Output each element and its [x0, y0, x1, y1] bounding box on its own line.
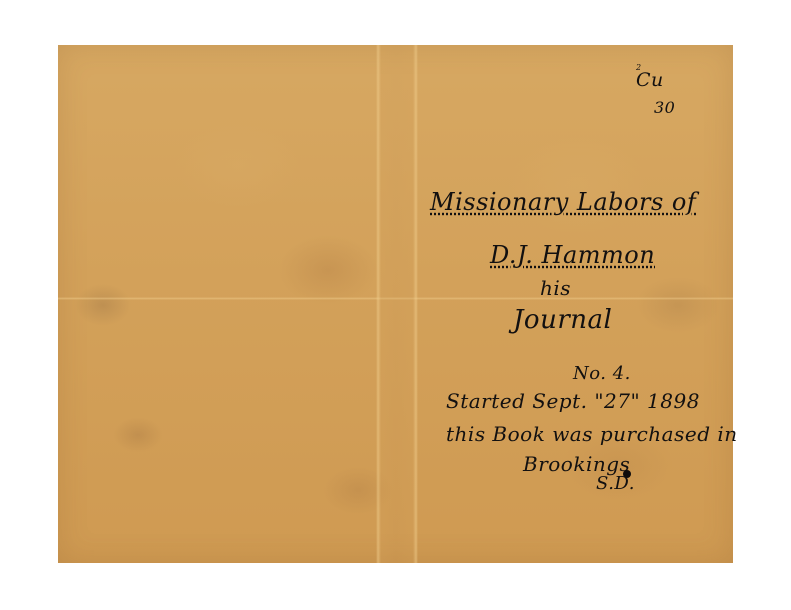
- purchase-note: this Book was purchased in: [446, 422, 738, 446]
- book-spine: [376, 45, 418, 563]
- purchase-state: S.D.: [596, 473, 635, 494]
- title-line-1: Missionary Labors of: [430, 188, 696, 216]
- title-journal: Journal: [513, 305, 612, 335]
- volume-number: No. 4.: [573, 363, 631, 384]
- start-date: Started Sept. "27" 1898: [446, 389, 700, 413]
- title-author: D.J. Hammon: [490, 241, 655, 269]
- journal-cover: 2 Cu 30 Missionary Labors of D.J. Hammon…: [58, 45, 733, 563]
- archival-code: Cu: [636, 69, 664, 91]
- archival-number: 30: [654, 98, 675, 117]
- title-line-3: his: [540, 276, 571, 300]
